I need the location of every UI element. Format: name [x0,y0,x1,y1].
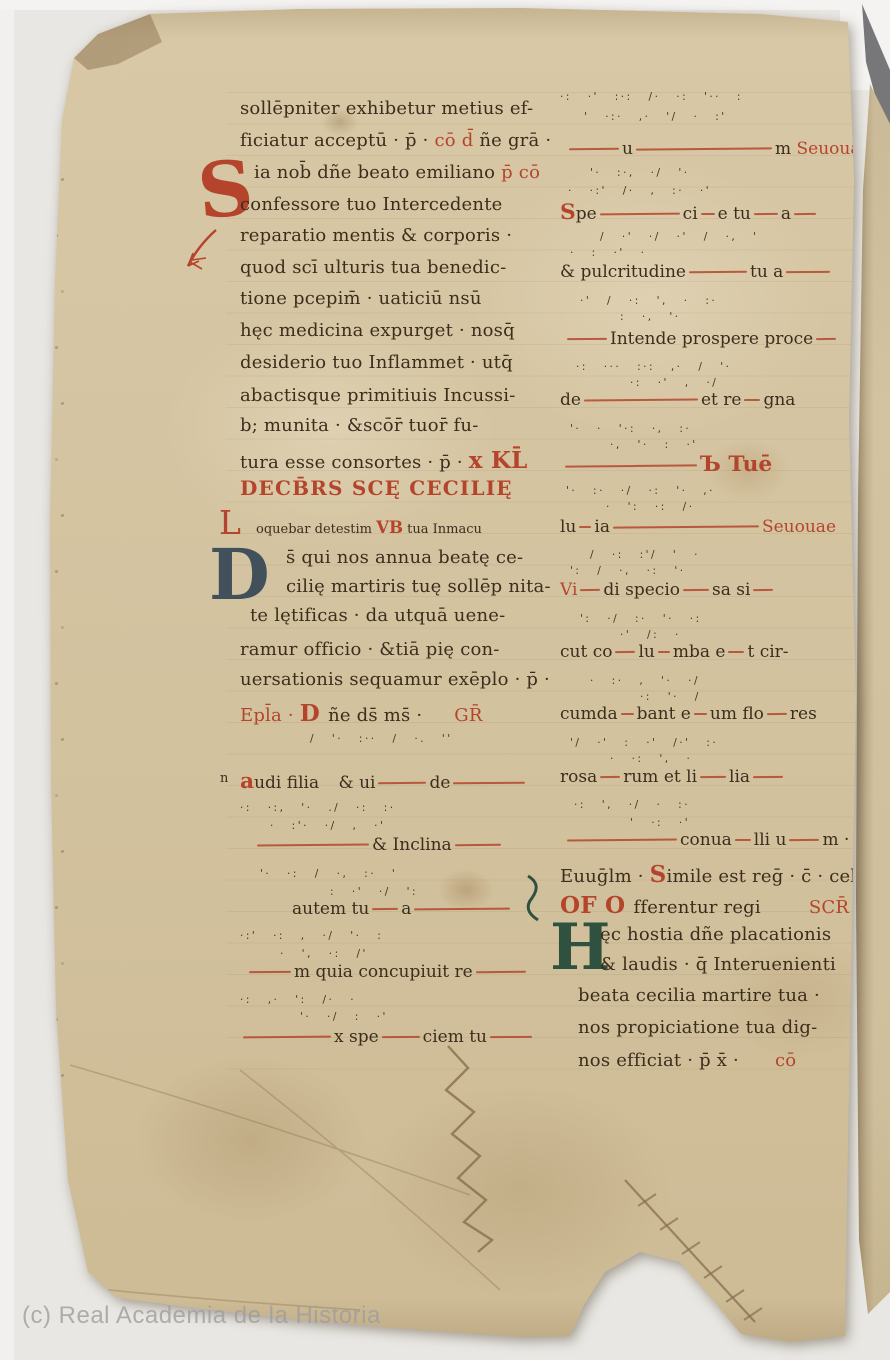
crease-lines [60,1065,500,1310]
manuscript-page: S L D H n sollēpniter exhibetur metius e… [0,0,890,1360]
pricking-hole [55,1130,58,1133]
red-flourish-arrowhead [188,253,206,269]
copyright-watermark: (c) Real Academia de la Historia [22,1302,381,1330]
photo-background: S L D H n sollēpniter exhibetur metius e… [0,0,890,1360]
pricking-hole [55,122,58,125]
page-overlays [0,0,890,1360]
manuscript-page-wrap: S L D H n sollēpniter exhibetur metius e… [0,0,890,1360]
stitched-repair-zigzag [446,1046,492,1252]
green-flourish [528,876,538,920]
pricking-hole [61,1186,64,1189]
